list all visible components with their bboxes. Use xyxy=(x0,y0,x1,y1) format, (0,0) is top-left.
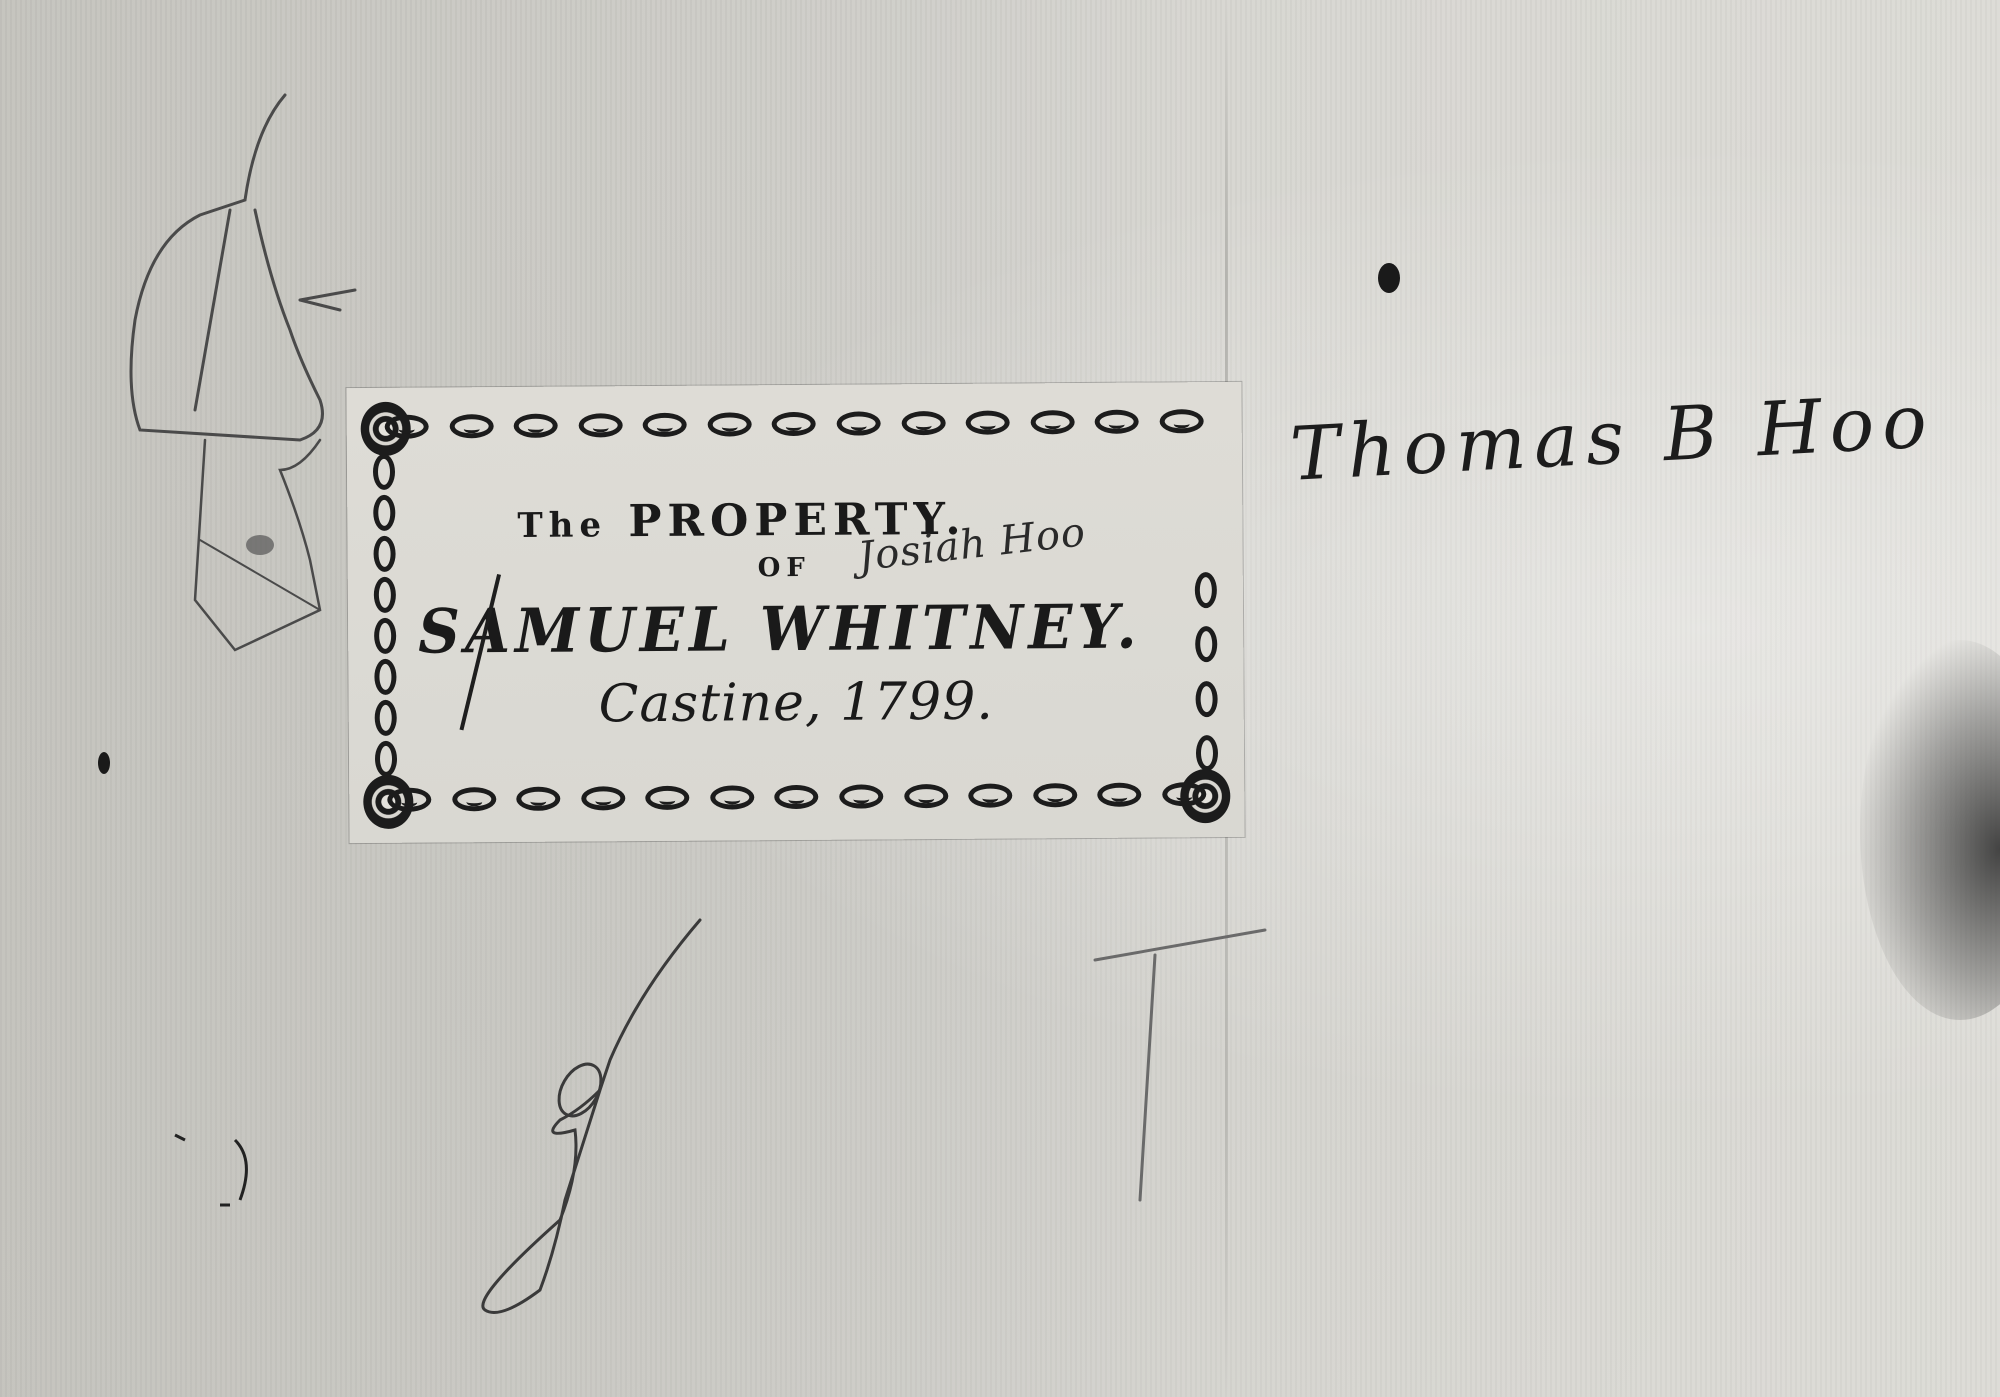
place-date: Castine, 1799. xyxy=(598,672,994,735)
pencil-circle-marks xyxy=(175,1135,246,1205)
chain-border-right xyxy=(1191,572,1222,771)
pencil-hand-sketch xyxy=(483,920,700,1313)
pencil-figure-sketch xyxy=(131,95,355,650)
chain-border-top xyxy=(385,404,1204,444)
pencil-line-marks xyxy=(1095,930,1265,1200)
bookplate-label: The PROPERTY. OF Josiah Hoo SAMUEL WHITN… xyxy=(346,382,1244,843)
chain-border-bottom xyxy=(387,777,1206,817)
chain-border-left xyxy=(369,454,401,777)
owner-name: SAMUEL WHITNEY. xyxy=(418,591,1142,667)
bookplate-of: OF xyxy=(758,553,811,583)
heading-prefix: The xyxy=(517,505,607,546)
